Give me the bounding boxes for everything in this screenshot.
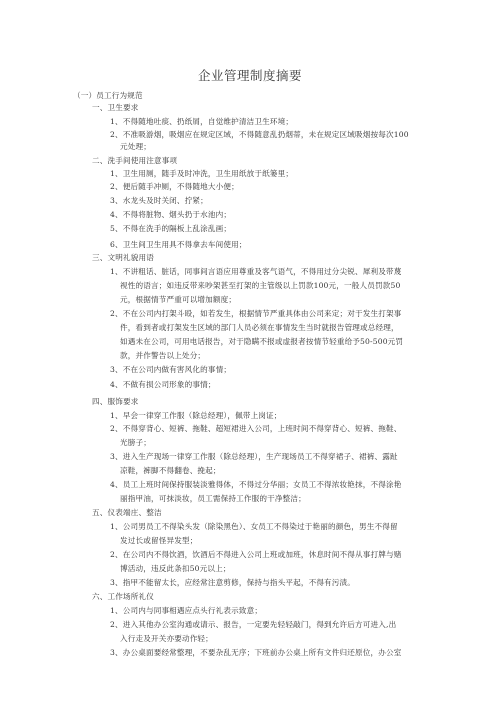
list-item: 3、水龙头及时关闭、拧紧； (110, 196, 208, 206)
list-item: 1、不得随地吐痰、扔纸屑，自觉维护清洁卫生环境； (110, 117, 293, 127)
list-item: 1、不讲粗话、脏话，同事间言语应用尊重及客气语气，不得用过分尖锐、犀利及带蔑 (110, 267, 402, 277)
list-item: 4、员工上班时间保持服装淡雅得体，不得过分华丽；女员工不得浓妆艳抹，不得涂艳 (110, 480, 402, 490)
section-heading: （一）员工行为规范 (73, 91, 143, 101)
list-item: 2、不得穿背心、短裤、拖鞋、超短裙进入公司，上班时间不得穿背心、短裤、拖鞋、 (110, 424, 402, 434)
section-heading: 三、文明礼貌用语 (92, 253, 154, 263)
list-item: 3、不在公司内做有害风化的事情； (110, 365, 231, 375)
list-item: 如遇未在公司，可用电话报告，对于隐瞒不报或虚报者按情节轻重给予50-500元罚 (120, 337, 403, 347)
list-item: 2、不在公司内打架斗殴，如若发生，根据情节严重具体由公司来定；对于发生打架事 (110, 309, 402, 319)
list-item: 2、进入其他办公室沟通或请示、报告，一定要先轻轻敲门，得到允许后方可进入,出 (110, 620, 396, 630)
list-item: 视性的语言；如违反带来吵架甚至打架的主管级以上罚款100元，一般人员罚款50 (120, 281, 400, 291)
list-item: 1、公司内与同事相遇应点头行礼表示致意； (110, 606, 262, 616)
list-item: 2、在公司内不得饮酒，饮酒后不得进入公司上班或加班，休息时间不得从事打牌与赌 (110, 550, 402, 560)
list-item: 1、卫生用厕，随手及时冲洗，卫生用纸放于纸篓里； (110, 169, 293, 179)
list-item: 凉鞋，裤脚不得翻卷、挽起； (120, 466, 221, 476)
list-item: 丽指甲油，可抹淡妆，员工需保持工作服的干净整洁； (120, 494, 306, 504)
list-item: 款，并作警告以上处分； (120, 351, 205, 361)
list-item: 6、卫生间卫生用具不得拿去车间使用； (110, 240, 247, 250)
list-item: 3、办公桌面要经常整理，不要杂乱无序；下班前办公桌上所有文件归还原位，办公室 (110, 648, 402, 658)
list-item: 1、公司男员工不得染头发（除染黑色）、女员工不得染过于艳丽的颜色，男生不得留 (110, 522, 398, 532)
list-item: 2、便后随手冲厕，不得随地大小便； (110, 182, 239, 192)
section-heading: 五、仪表端庄、整洁 (92, 508, 162, 518)
list-item: 博活动，违反此条扣50元以上； (120, 564, 231, 574)
document-page: 企业管理制度摘要 （一）员工行为规范一、卫生要求1、不得随地吐痰、扔纸屑，自觉维… (0, 0, 500, 707)
document-title: 企业管理制度摘要 (0, 66, 500, 84)
section-heading: 六、工作场所礼仪 (92, 592, 154, 602)
list-item: 5、不得在洗手的隔板上乱涂乱画； (110, 224, 231, 234)
list-item: 元，根据情节严重可以增加额度； (120, 295, 236, 305)
list-item: 3、进入生产现场一律穿工作服（除总经理），生产现场员工不得穿裙子、裙裤、露趾 (110, 452, 398, 462)
section-heading: 四、服饰要求 (92, 397, 138, 407)
list-item: 入行走及开关亦要动作轻； (120, 634, 213, 644)
list-item: 发过长或留怪异发型； (120, 536, 197, 546)
list-item: 4、不做有损公司形象的事情； (110, 380, 216, 390)
list-item: 2、不准吸游烟，吸烟应在规定区域，不得随意乱扔烟蒂，未在规定区域吸烟按每次100 (110, 130, 409, 140)
list-item: 3、指甲不能留太长，应经常注意剪修，保持与指头平起，不得有污渍。 (110, 578, 355, 588)
section-heading: 一、卫生要求 (92, 103, 138, 113)
list-item: 件，看到者或打架发生区域的部门人员必须在事情发生当时就报告管理或总经理， (120, 323, 399, 333)
list-item: 光膀子； (120, 438, 151, 448)
list-item: 元处理； (120, 142, 151, 152)
list-item: 1、早会一律穿工作服（除总经理），佩带上岗证； (110, 411, 282, 421)
list-item: 4、不得将脏物、烟头扔于水池内； (110, 210, 231, 220)
section-heading: 二、洗手间使用注意事项 (92, 156, 177, 166)
